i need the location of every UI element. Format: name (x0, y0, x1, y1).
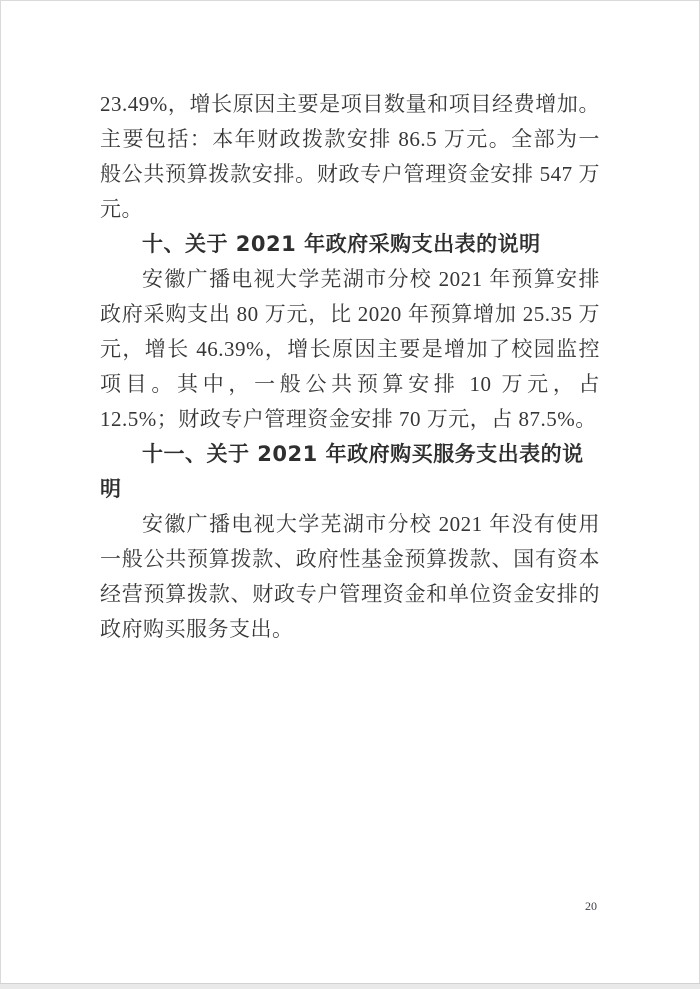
document-viewer: 23.49%，增长原因主要是项目数量和项目经费增加。主要包括：本年财政拨款安排 … (0, 0, 700, 989)
section-heading-10: 十、关于 2021 年政府采购支出表的说明 (100, 227, 600, 262)
document-body: 23.49%，增长原因主要是项目数量和项目经费增加。主要包括：本年财政拨款安排 … (100, 87, 600, 647)
page-number: 20 (585, 899, 597, 914)
section-10-paragraph: 安徽广播电视大学芜湖市分校 2021 年预算安排政府采购支出 80 万元，比 2… (100, 262, 600, 437)
document-page: 23.49%，增长原因主要是项目数量和项目经费增加。主要包括：本年财政拨款安排 … (0, 0, 700, 983)
section-heading-11: 十一、关于 2021 年政府购买服务支出表的说明 (100, 437, 600, 507)
continued-paragraph: 23.49%，增长原因主要是项目数量和项目经费增加。主要包括：本年财政拨款安排 … (100, 87, 600, 227)
page-bottom-gap (0, 983, 700, 989)
section-11-paragraph: 安徽广播电视大学芜湖市分校 2021 年没有使用一般公共预算拨款、政府性基金预算… (100, 507, 600, 647)
